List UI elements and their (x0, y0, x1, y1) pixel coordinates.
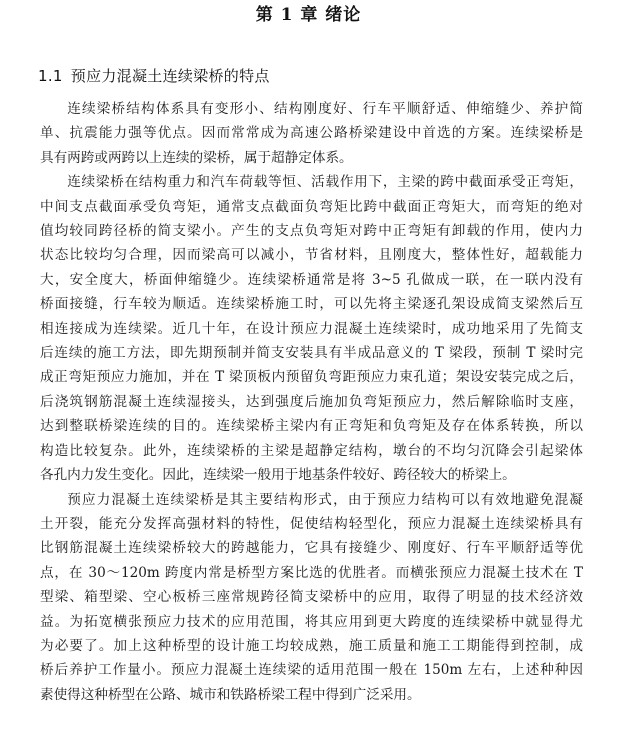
text-line: 成正弯矩预应力施加，并在 T 梁顶板内预留负弯距预应力束孔道；架设安装完成之后， (40, 365, 583, 389)
text-line: 状态比较均匀合理，因而梁高可以减小，节省材料，且刚度大，整体性好，超载能力 (40, 243, 583, 267)
text-line: 具有两跨或两跨以上连续的梁桥，属于超静定体系。 (40, 146, 583, 170)
section-heading: 1.1预应力混凝土连续梁桥的特点 (38, 65, 270, 87)
paragraph: 连续梁桥结构体系具有变形小、结构刚度好、行车平顺舒适、伸缩缝少、养护简 单、抗震… (40, 97, 583, 170)
text-line: 值均较同跨径桥的简支梁小。产生的支点负弯矩对跨中正弯矩有卸载的作用，使内力 (40, 219, 583, 243)
text-line: 比钢筋混凝土连续梁桥较大的跨越能力，它具有接缝少、刚度好、行车平顺舒适等优 (40, 536, 583, 560)
text-line: 相连接成为连续梁。近几十年，在设计预应力混凝土连续梁时，成功地采用了先简支 (40, 317, 583, 341)
text-line: 大，安全度大，桥面伸缩缝少。连续梁桥通常是将 3~5 孔做成一联，在一联内没有 (40, 268, 583, 292)
text-line: 达到整联桥梁连续的目的。连续梁桥主梁内有正弯矩和负弯矩及存在体系转换，所以 (40, 414, 583, 438)
chapter-title: 第 1 章 绪论 (0, 3, 617, 27)
body-text: 连续梁桥结构体系具有变形小、结构刚度好、行车平顺舒适、伸缩缝少、养护简 单、抗震… (40, 97, 583, 707)
text-line: 中间支点截面承受负弯矩，通常支点截面负弯矩比跨中截面正弯矩大，而弯矩的绝对 (40, 195, 583, 219)
section-number: 1.1 (38, 67, 63, 85)
paragraph: 连续梁桥在结构重力和汽车荷载等恒、活载作用下，主梁的跨中截面承受正弯矩， 中间支… (40, 170, 583, 487)
text-line: 益。为拓宽横张预应力技术的应用范围，将其应用到更大跨度的连续梁桥中就显得尤 (40, 610, 583, 634)
section-title-text: 预应力混凝土连续梁桥的特点 (71, 67, 270, 85)
text-line: 构造比较复杂。此外，连续梁桥的主梁是超静定结构，墩台的不均匀沉降会引起梁体 (40, 439, 583, 463)
text-line: 素使得这种桥型在公路、城市和铁路桥梁工程中得到广泛采用。 (40, 683, 583, 707)
text-line: 桥后养护工作量小。预应力混凝土连续梁的适用范围一般在 150m 左右，上述种种因 (40, 658, 583, 682)
paragraph: 预应力混凝土连续梁桥是其主要结构形式，由于预应力结构可以有效地避免混凝 土开裂，… (40, 488, 583, 708)
text-line: 连续梁桥结构体系具有变形小、结构刚度好、行车平顺舒适、伸缩缝少、养护简 (40, 97, 583, 121)
text-line: 点，在 30～120m 跨度内常是桥型方案比选的优胜者。而横张预应力混凝土技术在… (40, 561, 583, 585)
text-line: 后浇筑钢筋混凝土连续湿接头，达到强度后施加负弯矩预应力，然后解除临时支座， (40, 390, 583, 414)
text-line: 型梁、箱型梁、空心板桥三座常规跨径简支梁桥中的应用，取得了明显的技术经济效 (40, 585, 583, 609)
text-line: 为必要了。加上这种桥型的设计施工均较成熟，施工质量和施工工期能得到控制，成 (40, 634, 583, 658)
text-line: 单、抗震能力强等优点。因而常常成为高速公路桥梁建设中首选的方案。连续梁桥是 (40, 121, 583, 145)
text-line: 连续梁桥在结构重力和汽车荷载等恒、活载作用下，主梁的跨中截面承受正弯矩， (40, 170, 583, 194)
text-line: 桥面接缝，行车较为顺适。连续梁桥施工时，可以先将主梁逐孔架设成简支梁然后互 (40, 292, 583, 316)
text-line: 预应力混凝土连续梁桥是其主要结构形式，由于预应力结构可以有效地避免混凝 (40, 488, 583, 512)
document-page: 第 1 章 绪论 1.1预应力混凝土连续梁桥的特点 连续梁桥结构体系具有变形小、… (0, 0, 617, 735)
text-line: 土开裂，能充分发挥高强材料的特性，促使结构轻型化，预应力混凝土连续梁桥具有 (40, 512, 583, 536)
text-line: 各孔内力发生变化。因此，连续梁一般用于地基条件较好、跨径较大的桥梁上。 (40, 463, 583, 487)
text-line: 后连续的施工方法，即先期预制并简支安装具有半成品意义的 T 梁段，预制 T 梁时… (40, 341, 583, 365)
